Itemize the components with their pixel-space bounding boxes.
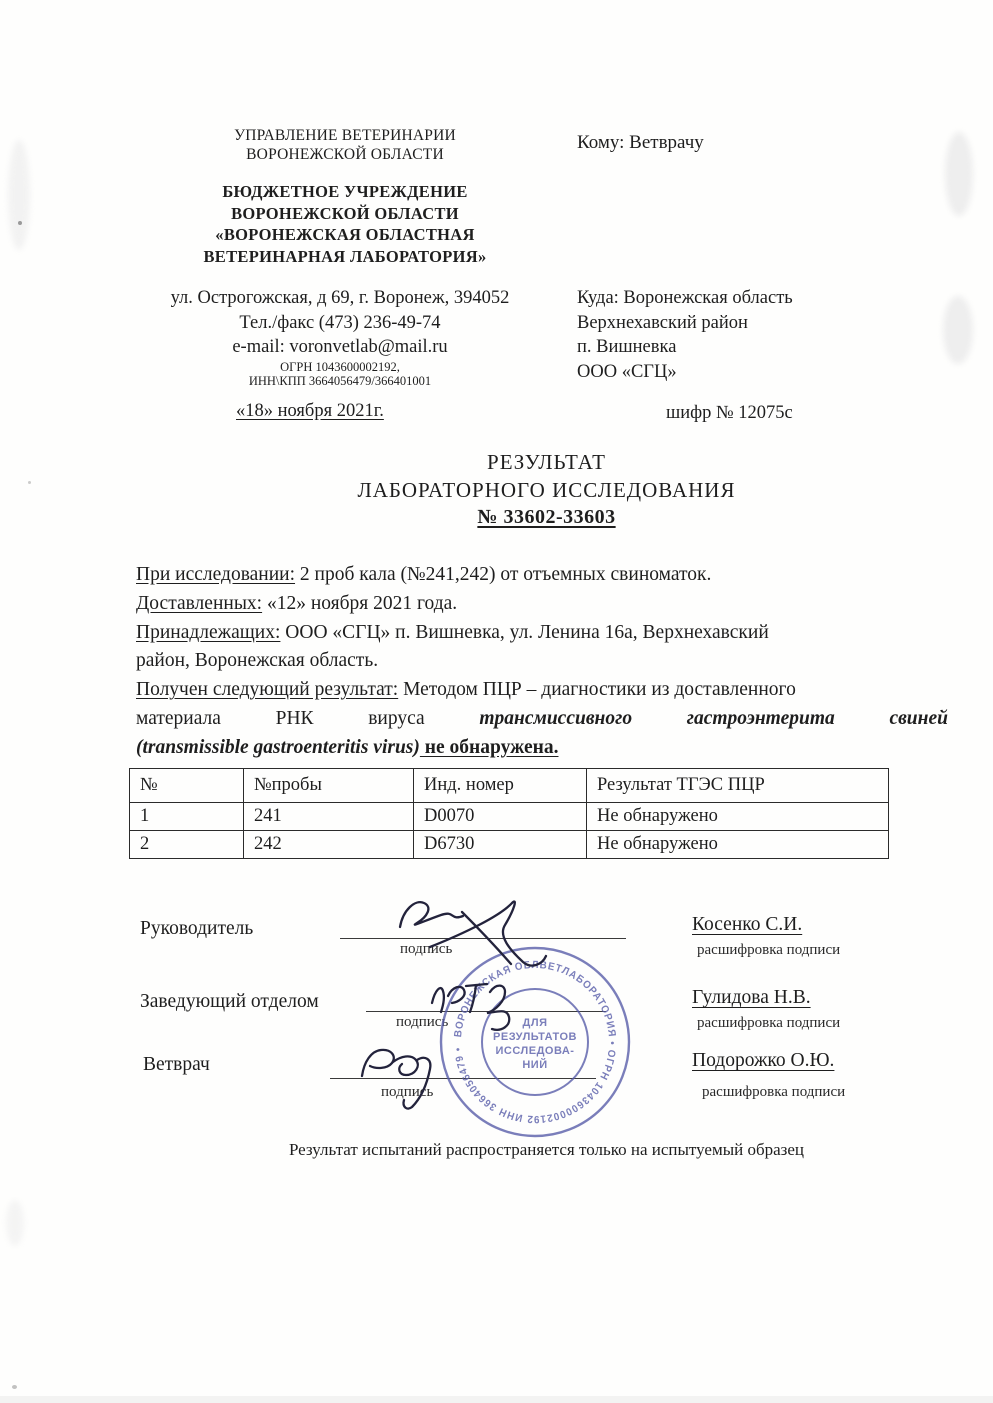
text-belongs: ООО «СГЦ» п. Вишневка, ул. Ленина 16а, В…	[280, 622, 768, 643]
stamp-center-line: ДЛЯ	[523, 1017, 548, 1029]
signature-role-head-of-department: Заведующий отделом	[140, 991, 319, 1013]
signature-name-director: Косенко С.И.	[692, 914, 802, 936]
scan-artifact	[28, 481, 31, 484]
cell: 242	[244, 831, 414, 859]
scan-artifact	[945, 132, 973, 216]
sender-inn: ИНН\КПП 3664056479/366401001	[125, 374, 555, 389]
institution-line: ВЕТЕРИНАРНАЯ ЛАБОРАТОРИЯ»	[150, 246, 540, 268]
body-line: Доставленных: «12» ноября 2021 года.	[136, 590, 948, 619]
institution-name: БЮДЖЕТНОЕ УЧРЕЖДЕНИЕ ВОРОНЕЖСКОЙ ОБЛАСТИ…	[150, 181, 540, 267]
sender-address: ул. Острогожская, д 69, г. Воронеж, 3940…	[125, 286, 555, 311]
scan-artifact	[8, 140, 30, 250]
sender-department: УПРАВЛЕНИЕ ВЕТЕРИНАРИИ ВОРОНЕЖСКОЙ ОБЛАС…	[180, 126, 510, 164]
word: материала	[136, 705, 221, 734]
body-line-justified: материала РНК вируса трансмиссивного гас…	[136, 705, 948, 734]
cell: D0070	[414, 803, 587, 831]
scan-artifact	[18, 221, 22, 225]
institution-line: ВОРОНЕЖСКОЙ ОБЛАСТИ	[150, 203, 540, 225]
body-line: (transmissible gastroenteritis virus) не…	[136, 734, 948, 763]
col-header-result: Результат ТГЭС ПЦР	[587, 769, 889, 803]
table-row: 2 242 D6730 Не обнаружено	[130, 831, 889, 859]
cell: 1	[130, 803, 244, 831]
word-virus-name: свиней	[889, 705, 948, 734]
stamp-center-line: НИЙ	[522, 1058, 547, 1071]
cell: 241	[244, 803, 414, 831]
cell: Не обнаружено	[587, 831, 889, 859]
title-number: № 33602-33603	[100, 506, 993, 529]
cell: Не обнаружено	[587, 803, 889, 831]
department-line: ВОРОНЕЖСКОЙ ОБЛАСТИ	[180, 145, 510, 164]
scan-artifact	[943, 296, 973, 364]
word: РНК	[276, 705, 314, 734]
table-header-row: № №пробы Инд. номер Результат ТГЭС ПЦР	[130, 769, 889, 803]
sender-phone: Тел./факс (473) 236-49-74	[125, 311, 555, 336]
document-page: УПРАВЛЕНИЕ ВЕТЕРИНАРИИ ВОРОНЕЖСКОЙ ОБЛАС…	[0, 0, 993, 1403]
word-virus-name: гастроэнтерита	[687, 705, 835, 734]
signature-name-veterinarian: Подорожко О.Ю.	[692, 1050, 834, 1072]
institution-line: БЮДЖЕТНОЕ УЧРЕЖДЕНИЕ	[150, 181, 540, 203]
signature-caption: подпись	[381, 1084, 433, 1101]
scan-artifact	[6, 1200, 24, 1246]
table-row: 1 241 D0070 Не обнаружено	[130, 803, 889, 831]
signature-decryption-label: расшифровка подписи	[697, 942, 840, 959]
body-line: Принадлежащих: ООО «СГЦ» п. Вишневка, ул…	[136, 619, 948, 648]
scan-artifact	[12, 1385, 17, 1389]
title-line-2: ЛАБОРАТОРНОГО ИССЛЕДОВАНИЯ	[100, 478, 993, 503]
stamp-center-line: ИССЛЕДОВА-	[496, 1045, 575, 1057]
title-number-text: № 33602-33603	[477, 506, 615, 528]
department-line: УПРАВЛЕНИЕ ВЕТЕРИНАРИИ	[180, 126, 510, 145]
institution-line: «ВОРОНЕЖСКАЯ ОБЛАСТНАЯ	[150, 224, 540, 246]
round-stamp: ВОРОНЕЖСКАЯ ОБЛВЕТЛАБОРАТОРИЯ • ОГРН 104…	[437, 944, 633, 1140]
col-header-ind-number: Инд. номер	[414, 769, 587, 803]
recipient-address-line: п. Вишневка	[577, 335, 793, 360]
results-table: № №пробы Инд. номер Результат ТГЭС ПЦР 1…	[129, 768, 889, 859]
body-text: При исследовании: 2 проб кала (№241,242)…	[136, 561, 948, 763]
signature-line	[340, 916, 626, 939]
stamp-center-line: РЕЗУЛЬТАТОВ	[493, 1031, 577, 1043]
document-date: «18» ноября 2021г.	[236, 401, 384, 422]
signature-role-director: Руководитель	[140, 918, 253, 940]
cell: 2	[130, 831, 244, 859]
label-delivered: Доставленных:	[136, 593, 262, 614]
scan-artifact	[0, 1396, 993, 1403]
signature-role-veterinarian: Ветврач	[143, 1054, 210, 1076]
recipient-address-line: Куда: Воронежская область	[577, 286, 793, 311]
document-cipher: шифр № 12075с	[666, 403, 793, 424]
recipient-to: Кому: Ветврачу	[577, 132, 704, 154]
title-line-1: РЕЗУЛЬТАТ	[100, 450, 993, 475]
text-not-detected: не обнаружена.	[420, 737, 559, 758]
signature-name-head-of-department: Гулидова Н.В.	[692, 987, 811, 1009]
recipient-address-line: Верхнехавский район	[577, 311, 793, 336]
text-research: 2 проб кала (№241,242) от отъемных свино…	[295, 564, 711, 585]
body-line: район, Воронежская область.	[136, 647, 948, 676]
body-line: При исследовании: 2 проб кала (№241,242)…	[136, 561, 948, 590]
label-result: Получен следующий результат:	[136, 679, 398, 700]
word-virus-name: трансмиссивного	[479, 705, 632, 734]
cell: D6730	[414, 831, 587, 859]
col-header-number: №	[130, 769, 244, 803]
recipient-address: Куда: Воронежская область Верхнехавский …	[577, 286, 793, 384]
sender-email: e-mail: voronvetlab@mail.ru	[125, 335, 555, 360]
footer-note: Результат испытаний распространяется тол…	[100, 1140, 993, 1160]
text-virus-latin: (transmissible gastroenteritis virus)	[136, 737, 420, 758]
text-delivered: «12» ноября 2021 года.	[262, 593, 457, 614]
sender-ogrn: ОГРН 1043600002192,	[125, 360, 555, 375]
label-belongs: Принадлежащих:	[136, 622, 280, 643]
body-line: Получен следующий результат: Методом ПЦР…	[136, 676, 948, 705]
signature-decryption-label: расшифровка подписи	[702, 1084, 845, 1101]
label-research: При исследовании:	[136, 564, 295, 585]
sender-contacts: ул. Острогожская, д 69, г. Воронеж, 3940…	[125, 286, 555, 389]
text-result: Методом ПЦР – диагностики из доставленно…	[398, 679, 796, 700]
recipient-address-line: ООО «СГЦ»	[577, 360, 793, 385]
word: вируса	[368, 705, 424, 734]
col-header-sample: №пробы	[244, 769, 414, 803]
signature-decryption-label: расшифровка подписи	[697, 1015, 840, 1032]
